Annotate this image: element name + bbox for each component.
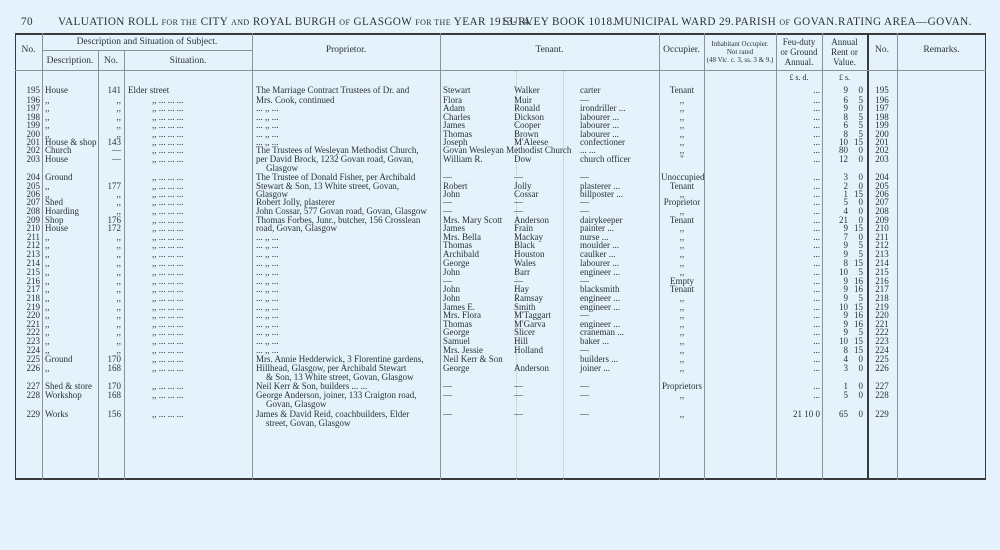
row-situation: ,, ... ... ... xyxy=(128,224,274,233)
row-tenant-occupation: joiner ... xyxy=(580,364,656,373)
header-description: Description. xyxy=(42,56,98,67)
row-proprietor: ... ,, ... xyxy=(256,285,438,294)
row-description: ,, xyxy=(45,268,98,277)
row-proprietor: ... ,, ... xyxy=(256,121,438,130)
row-tenant-last: Dow xyxy=(514,155,562,164)
row-description: ,, xyxy=(45,364,98,373)
row-occupier: ,, xyxy=(661,391,703,400)
row-proprietor: ... ,, ... xyxy=(256,268,438,277)
row-number-right: 195 xyxy=(868,86,896,95)
row-number: 195 xyxy=(16,86,40,95)
row-proprietor: ... ,, ... xyxy=(256,311,438,320)
row-number-right: 228 xyxy=(868,391,896,400)
row-tenant-occupation: — xyxy=(580,382,656,391)
row-tenant-last: Anderson xyxy=(514,364,562,373)
row-description: Ground xyxy=(45,355,98,364)
row-tenant-first: Stewart xyxy=(443,86,513,95)
row-situation: ,, ... ... ... xyxy=(128,173,274,182)
row-situation: ,, ... ... ... xyxy=(128,410,274,419)
row-number-right: 229 xyxy=(868,410,896,419)
col-rule xyxy=(563,70,564,480)
rating-area: RATING AREA—GOVAN. xyxy=(838,16,972,28)
row-feu-duty: 21 10 0 xyxy=(778,410,820,419)
row-description: ,, xyxy=(45,250,98,259)
header-no-right: No. xyxy=(867,45,897,56)
row-tenant-occupation: engineer ... xyxy=(580,268,656,277)
row-description: ,, xyxy=(45,121,98,130)
row-rent-pounds: 3 xyxy=(823,364,848,373)
col-rule xyxy=(124,50,125,480)
row-rent-shillings: 0 xyxy=(849,410,863,419)
row-situation: ,, ... ... ... xyxy=(128,259,274,268)
row-proprietor: Govan, Glasgow xyxy=(256,400,448,409)
row-situation: ,, ... ... ... xyxy=(128,250,274,259)
header-occupier: Occupier. xyxy=(659,45,704,56)
row-proprietor: ... ,, ... xyxy=(256,104,438,113)
header-situation: Situation. xyxy=(124,56,252,67)
row-situation: ,, ... ... ... xyxy=(128,346,274,355)
row-tenant-occupation: carter xyxy=(580,86,656,95)
row-feu-duty: ... xyxy=(778,155,820,164)
row-number: 203 xyxy=(16,155,40,164)
row-feu-duty: ... xyxy=(778,364,820,373)
row-tenant-first: George xyxy=(443,364,513,373)
row-rent-pounds: 5 xyxy=(823,391,848,400)
row-situation: ,, ... ... ... xyxy=(128,355,274,364)
rent-units: £ s. xyxy=(822,72,867,83)
row-rent-shillings: 0 xyxy=(849,86,863,95)
row-tenant-occupation: — xyxy=(580,410,656,419)
row-rent-shillings: 0 xyxy=(849,391,863,400)
row-occupier: " xyxy=(661,155,703,164)
row-tenant-last: Holland xyxy=(514,346,562,355)
row-situation: ,, ... ... ... xyxy=(128,294,274,303)
row-tenant-first: — xyxy=(443,382,513,391)
row-number: 228 xyxy=(16,391,40,400)
row-rent-pounds: 9 xyxy=(823,86,848,95)
header-annual-rent: AnnualRent orValue. xyxy=(822,37,867,67)
row-description: Workshop xyxy=(45,391,98,400)
row-rent-pounds: 12 xyxy=(823,155,848,164)
municipal-ward: MUNICIPAL WARD 29. xyxy=(614,16,734,28)
row-tenant-last: — xyxy=(514,391,562,400)
row-house-number: 168 xyxy=(99,391,121,400)
row-situation: ,, ... ... ... xyxy=(128,104,274,113)
row-number-right: 226 xyxy=(868,364,896,373)
row-proprietor: ... ,, ... xyxy=(256,241,438,250)
row-situation: ,, ... ... ... xyxy=(128,268,274,277)
row-tenant-first: — xyxy=(443,391,513,400)
row-situation: ,, ... ... ... xyxy=(128,285,274,294)
row-situation: ,, ... ... ... xyxy=(128,337,274,346)
row-house-number: 156 xyxy=(99,410,121,419)
row-description: Ground xyxy=(45,173,98,182)
row-situation: ,, ... ... ... xyxy=(128,382,274,391)
row-tenant-occupation: — xyxy=(580,198,656,207)
row-proprietor: ... ,, ... xyxy=(256,328,438,337)
row-tenant-first: — xyxy=(443,198,513,207)
page-number: 70 xyxy=(21,16,33,28)
row-rent-shillings: 0 xyxy=(849,155,863,164)
header-proprietor: Proprietor. xyxy=(252,45,440,56)
row-situation: ,, ... ... ... xyxy=(128,207,274,216)
title-valuation-roll: VALUATION ROLL FOR THE CITY AND ROYAL BU… xyxy=(58,16,532,28)
row-house-number: 141 xyxy=(99,86,121,95)
col-rule xyxy=(704,33,705,480)
row-situation: ,, ... ... ... xyxy=(128,311,274,320)
row-description: House xyxy=(45,155,98,164)
row-number: 229 xyxy=(16,410,40,419)
header-rule xyxy=(15,70,986,71)
row-proprietor: street, Govan, Glasgow xyxy=(256,419,448,428)
header-desc-group: Description and Situation of Subject. xyxy=(42,37,252,48)
header-house-no: No. xyxy=(98,56,124,67)
row-proprietor: road, Govan, Glasgow xyxy=(256,224,438,233)
row-description: ,, xyxy=(45,294,98,303)
row-situation: ,, ... ... ... xyxy=(128,121,274,130)
col-rule xyxy=(42,33,43,480)
row-proprietor: The Marriage Contract Trustees of Dr. an… xyxy=(256,86,438,95)
header-tenant: Tenant. xyxy=(440,45,659,56)
header-rule xyxy=(42,50,252,51)
header-remarks: Remarks. xyxy=(897,45,986,56)
row-situation: ,, ... ... ... xyxy=(128,198,274,207)
row-house-number: 168 xyxy=(99,364,121,373)
row-description: House xyxy=(45,86,98,95)
col-rule xyxy=(659,33,660,480)
row-description: ,, xyxy=(45,241,98,250)
row-proprietor: ... ,, ... xyxy=(256,259,438,268)
row-occupier: Tenant xyxy=(661,86,703,95)
header-no: No. xyxy=(15,45,42,56)
row-situation: ,, ... ... ... xyxy=(128,364,274,373)
row-rent-shillings: 0 xyxy=(849,364,863,373)
row-tenant-occupation: church officer xyxy=(580,155,656,164)
row-proprietor: ... ,, ... xyxy=(256,294,438,303)
col-rule xyxy=(897,33,898,480)
page-title: 70 VALUATION ROLL FOR THE CITY AND ROYAL… xyxy=(0,16,1000,32)
row-situation: ,, ... ... ... xyxy=(128,241,274,250)
row-description: ,, xyxy=(45,259,98,268)
row-description: ,, xyxy=(45,285,98,294)
row-situation: ,, ... ... ... xyxy=(128,155,274,164)
row-description: Works xyxy=(45,410,98,419)
row-tenant-first: John xyxy=(443,268,513,277)
header-inhabitant-occupier: Inhabitant Occupier.Not rated(48 Vic. c.… xyxy=(704,40,776,64)
row-number-right: 203 xyxy=(868,155,896,164)
row-tenant-first: William R. xyxy=(443,155,513,164)
row-description: ,, xyxy=(45,311,98,320)
row-situation: Elder street xyxy=(128,86,250,95)
row-situation: ,, ... ... ... xyxy=(128,146,274,155)
survey-book: SURVEY BOOK 1018. xyxy=(503,16,616,28)
col-rule xyxy=(440,33,441,480)
row-tenant-first: — xyxy=(443,410,513,419)
feu-units: £ s. d. xyxy=(776,72,822,83)
row-situation: ,, ... ... ... xyxy=(128,391,274,400)
row-tenant-occupation: baker ... xyxy=(580,337,656,346)
row-occupier: ,, xyxy=(661,410,703,419)
row-tenant-last: — xyxy=(514,410,562,419)
row-rent-pounds: 65 xyxy=(823,410,848,419)
row-tenant-occupation: — xyxy=(580,391,656,400)
row-description: ,, xyxy=(45,337,98,346)
row-description: House xyxy=(45,224,98,233)
row-feu-duty: ... xyxy=(778,86,820,95)
parish: PARISH OF GOVAN. xyxy=(735,16,838,28)
row-feu-duty: ... xyxy=(778,391,820,400)
row-description: ,, xyxy=(45,104,98,113)
row-tenant-last: Walker xyxy=(514,86,562,95)
row-number: 226 xyxy=(16,364,40,373)
row-proprietor: ... ,, ... xyxy=(256,337,438,346)
header-feu-duty: Feu-dutyor GroundAnnual. xyxy=(776,37,822,67)
row-house-number: — xyxy=(99,155,121,164)
row-occupier: ,, xyxy=(661,364,703,373)
row-description: ,, xyxy=(45,328,98,337)
col-rule xyxy=(776,33,777,480)
row-proprietor: ... ,, ... xyxy=(256,250,438,259)
row-situation: ,, ... ... ... xyxy=(128,328,274,337)
